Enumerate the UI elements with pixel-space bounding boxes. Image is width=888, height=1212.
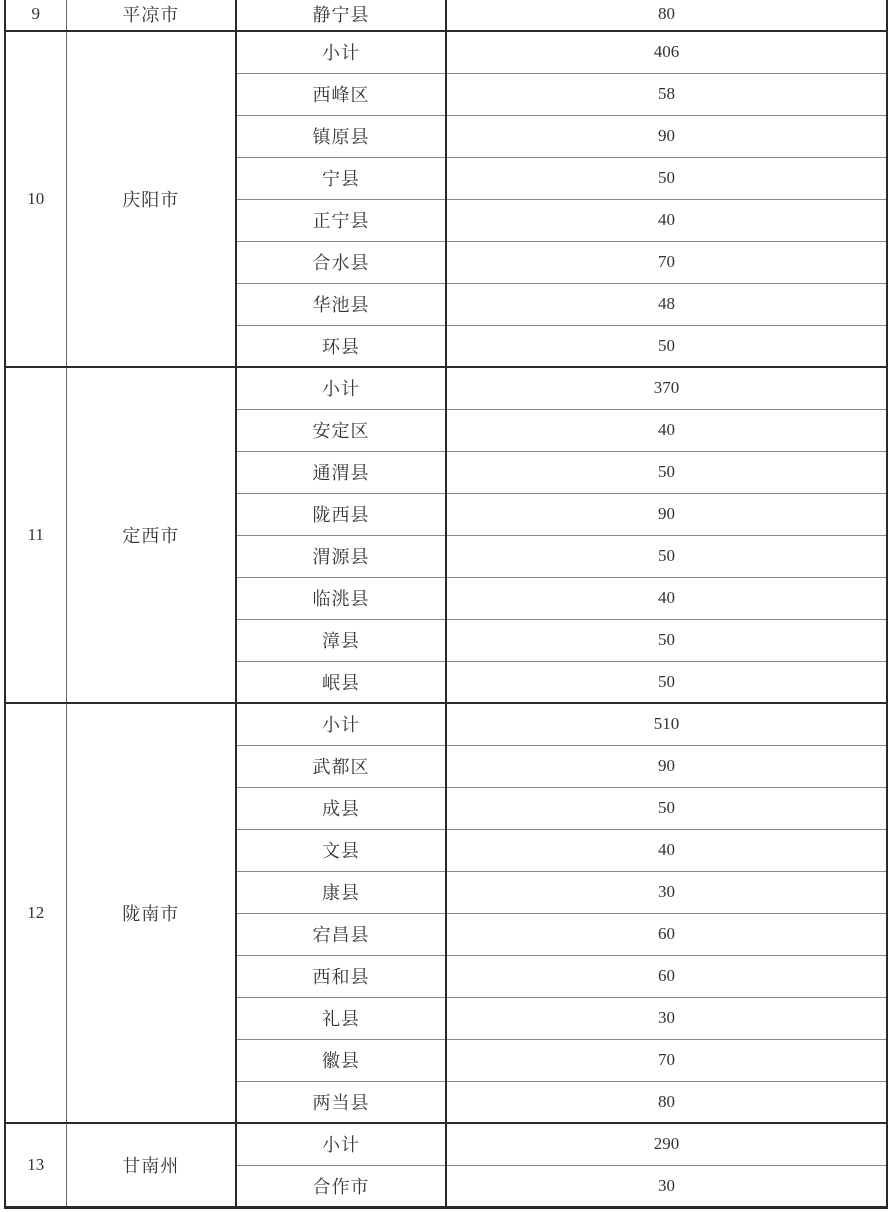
city-cell: 甘南州 [66, 1123, 236, 1207]
value-cell: 70 [446, 241, 887, 283]
county-cell: 宕昌县 [236, 913, 446, 955]
table-row: 10庆阳市小计406 [5, 31, 887, 73]
value-cell: 80 [446, 0, 887, 31]
value-cell: 50 [446, 157, 887, 199]
county-cell: 华池县 [236, 283, 446, 325]
county-cell: 漳县 [236, 619, 446, 661]
county-cell: 正宁县 [236, 199, 446, 241]
city-cell: 陇南市 [66, 703, 236, 1123]
county-cell: 渭源县 [236, 535, 446, 577]
value-cell: 50 [446, 325, 887, 367]
county-cell: 小计 [236, 1123, 446, 1165]
value-cell: 40 [446, 409, 887, 451]
value-cell: 50 [446, 619, 887, 661]
value-cell: 90 [446, 115, 887, 157]
county-cell: 文县 [236, 829, 446, 871]
value-cell: 60 [446, 955, 887, 997]
county-cell: 安定区 [236, 409, 446, 451]
row-index-cell: 11 [5, 367, 66, 703]
city-cell: 定西市 [66, 367, 236, 703]
document-page: 9平凉市静宁县8010庆阳市小计406西峰区58镇原县90宁县50正宁县40合水… [0, 0, 888, 1212]
value-cell: 90 [446, 745, 887, 787]
county-cell: 通渭县 [236, 451, 446, 493]
county-cell: 合作市 [236, 1165, 446, 1207]
value-cell: 80 [446, 1081, 887, 1123]
table-row: 13甘南州小计290 [5, 1123, 887, 1165]
county-cell: 合水县 [236, 241, 446, 283]
value-cell: 60 [446, 913, 887, 955]
county-cell: 陇西县 [236, 493, 446, 535]
county-cell: 镇原县 [236, 115, 446, 157]
value-cell: 40 [446, 199, 887, 241]
county-cell: 礼县 [236, 997, 446, 1039]
table-row: 12陇南市小计510 [5, 703, 887, 745]
county-cell: 两当县 [236, 1081, 446, 1123]
county-cell: 临洮县 [236, 577, 446, 619]
county-cell: 静宁县 [236, 0, 446, 31]
row-index-cell: 13 [5, 1123, 66, 1207]
value-cell: 30 [446, 1165, 887, 1207]
county-cell: 环县 [236, 325, 446, 367]
county-cell: 小计 [236, 367, 446, 409]
value-cell: 290 [446, 1123, 887, 1165]
value-cell: 50 [446, 535, 887, 577]
table-row: 11定西市小计370 [5, 367, 887, 409]
county-cell: 小计 [236, 703, 446, 745]
value-cell: 50 [446, 661, 887, 703]
value-cell: 30 [446, 871, 887, 913]
value-cell: 406 [446, 31, 887, 73]
value-cell: 40 [446, 829, 887, 871]
county-cell: 宁县 [236, 157, 446, 199]
value-cell: 370 [446, 367, 887, 409]
value-cell: 70 [446, 1039, 887, 1081]
value-cell: 48 [446, 283, 887, 325]
value-cell: 90 [446, 493, 887, 535]
county-cell: 武都区 [236, 745, 446, 787]
value-cell: 50 [446, 787, 887, 829]
row-index-cell: 9 [5, 0, 66, 31]
allocation-table-body: 9平凉市静宁县8010庆阳市小计406西峰区58镇原县90宁县50正宁县40合水… [5, 0, 887, 1207]
value-cell: 40 [446, 577, 887, 619]
county-cell: 成县 [236, 787, 446, 829]
county-cell: 西峰区 [236, 73, 446, 115]
city-cell: 庆阳市 [66, 31, 236, 367]
county-cell: 康县 [236, 871, 446, 913]
allocation-table: 9平凉市静宁县8010庆阳市小计406西峰区58镇原县90宁县50正宁县40合水… [4, 0, 888, 1209]
table-row: 9平凉市静宁县80 [5, 0, 887, 31]
value-cell: 510 [446, 703, 887, 745]
row-index-cell: 10 [5, 31, 66, 367]
county-cell: 西和县 [236, 955, 446, 997]
value-cell: 50 [446, 451, 887, 493]
value-cell: 58 [446, 73, 887, 115]
county-cell: 徽县 [236, 1039, 446, 1081]
city-cell: 平凉市 [66, 0, 236, 31]
county-cell: 岷县 [236, 661, 446, 703]
county-cell: 小计 [236, 31, 446, 73]
value-cell: 30 [446, 997, 887, 1039]
row-index-cell: 12 [5, 703, 66, 1123]
